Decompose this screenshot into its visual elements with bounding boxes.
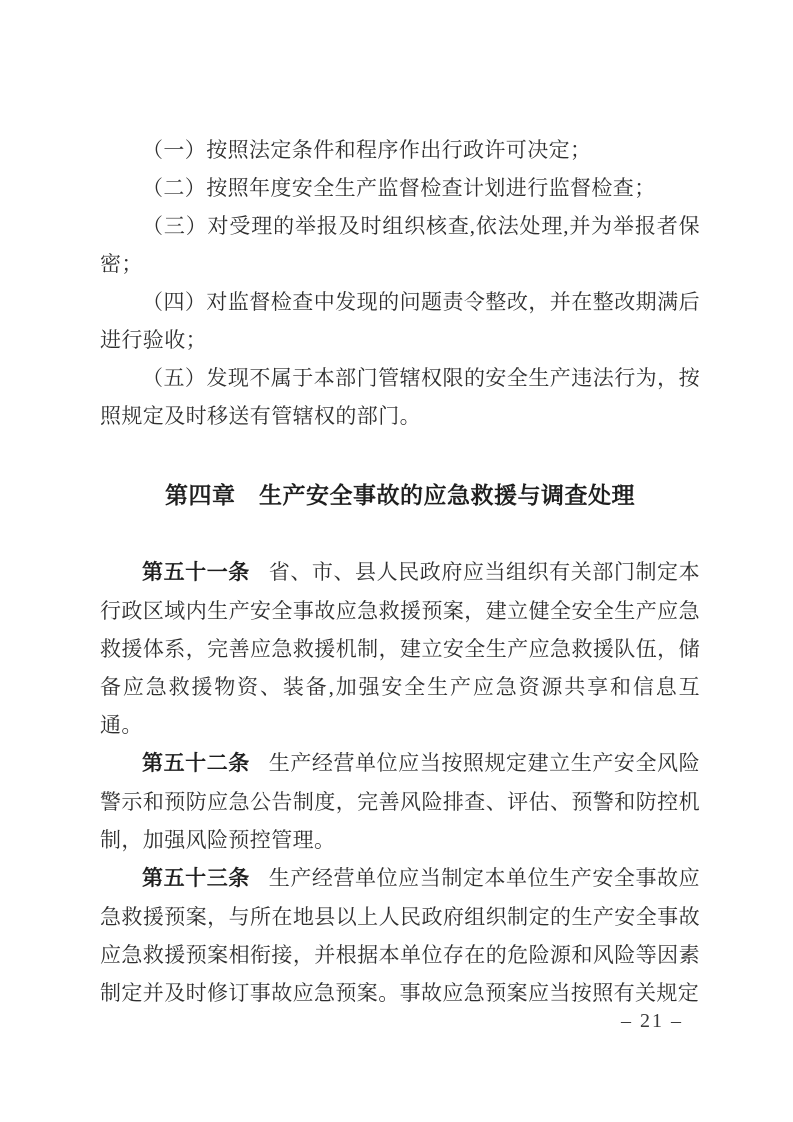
clause-paragraph-5: （五）发现不属于本部门管辖权限的安全生产违法行为，按照规定及时移送有管辖权的部门… [100, 359, 700, 435]
text-block: （一）按照法定条件和程序作出行政许可决定； （二）按照年度安全生产监督检查计划进… [100, 131, 700, 1012]
article-number-52: 第五十二条 [142, 752, 250, 775]
article-paragraph-53: 第五十三条生产经营单位应当制定本单位生产安全事故应急救援预案，与所在地县以上人民… [100, 859, 700, 1012]
article-number-51: 第五十一条 [142, 561, 250, 584]
article-body-51: 省、市、县人民政府应当组织有关部门制定本行政区域内生产安全事故应急救援预案，建立… [100, 560, 700, 737]
article-paragraph-51: 第五十一条省、市、县人民政府应当组织有关部门制定本行政区域内生产安全事故应急救援… [100, 553, 700, 744]
article-number-53: 第五十三条 [142, 867, 250, 890]
document-page: （一）按照法定条件和程序作出行政许可决定； （二）按照年度安全生产监督检查计划进… [0, 0, 793, 1122]
clause-paragraph-2: （二）按照年度安全生产监督检查计划进行监督检查； [100, 169, 700, 207]
clause-paragraph-3: （三）对受理的举报及时组织核查,依法处理,并为举报者保密； [100, 207, 700, 283]
page-number: – 21 – [621, 1010, 683, 1033]
clause-paragraph-4: （四）对监督检查中发现的问题责令整改，并在整改期满后进行验收； [100, 283, 700, 359]
article-paragraph-52: 第五十二条生产经营单位应当按照规定建立生产安全风险警示和预防应急公告制度，完善风… [100, 744, 700, 859]
clause-paragraph-1: （一）按照法定条件和程序作出行政许可决定； [100, 131, 700, 169]
chapter-heading: 第四章 生产安全事故的应急救援与调查处理 [100, 477, 700, 513]
